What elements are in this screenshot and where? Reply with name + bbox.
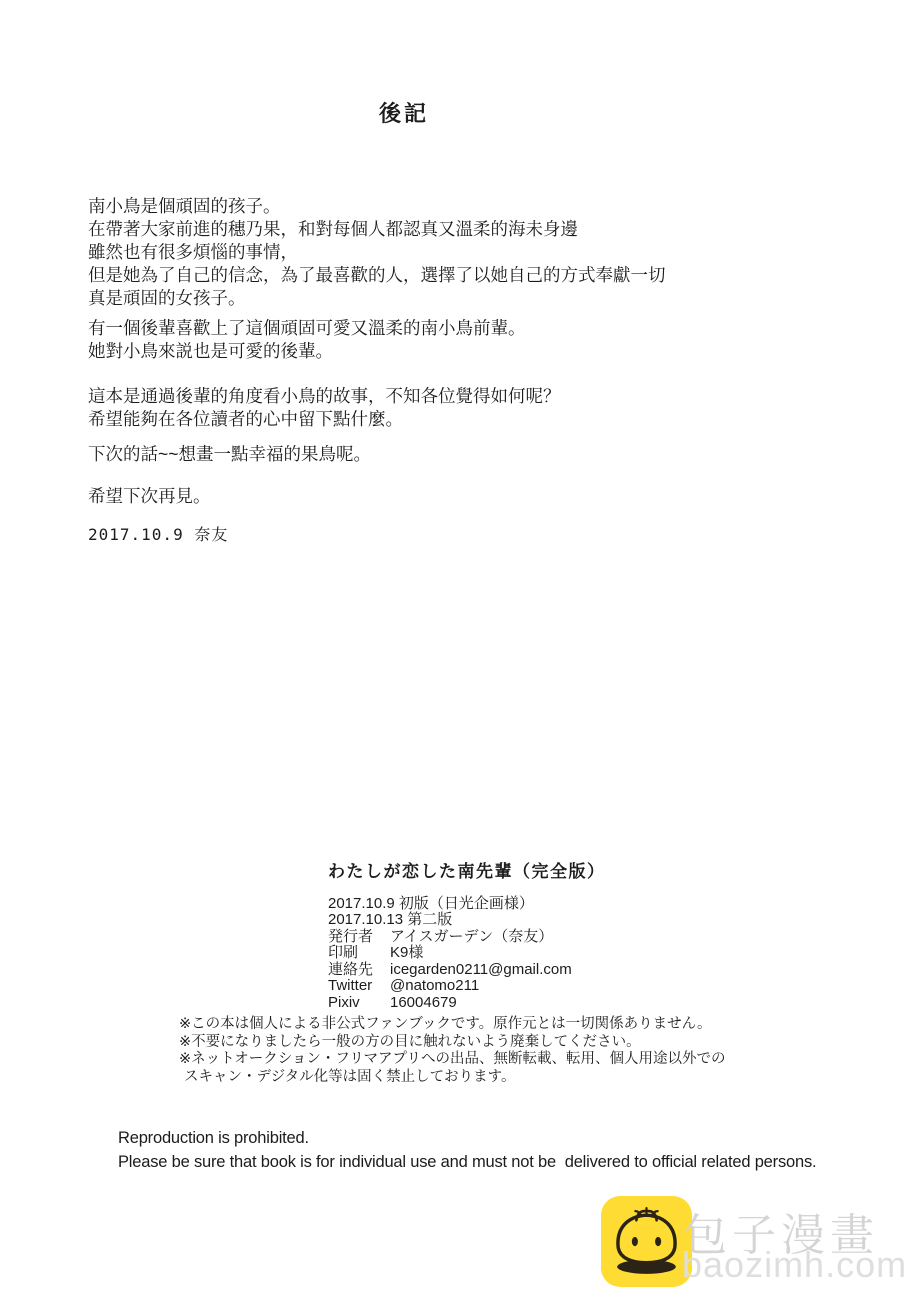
colophon-label: 発行者 [328,929,390,946]
afterword-line: 她對小鳥來説也是可愛的後輩。 [88,341,333,361]
english-notice: Reproduction is prohibited. Please be su… [118,1126,816,1174]
colophon-row-printer: 印刷 K9様 [328,945,606,962]
colophon-label: Twitter [328,978,390,995]
colophon-value: アイスガーデン（奈友） [390,929,553,946]
contact-email: icegarden0211@gmail.com [390,962,572,979]
disclaimer-line: ※ネットオークション・フリマアプリへの出品、無断転載、転用、個人用途以外での [179,1051,725,1069]
colophon-label: Pixiv [328,995,390,1012]
colophon-label: 印刷 [328,945,390,962]
afterword-line: 但是她為了自己的信念，為了最喜歡的人，選擇了以她自己的方式奉獻一切 [88,265,666,285]
afterword-body: 南小鳥是個頑固的孩子。 在帶著大家前進的穗乃果，和對每個人都認真又溫柔的海未身邊… [88,195,748,546]
colophon-row-contact-email: 連絡先 icegarden0211@gmail.com [328,962,606,979]
english-notice-line: Please be sure that book is for individu… [118,1150,816,1174]
afterword-line: 雖然也有很多煩惱的事情， [88,242,298,262]
afterword-line: 希望能夠在各位讀者的心中留下點什麼。 [88,409,403,429]
colophon-row-publisher: 発行者 アイスガーデン（奈友） [328,929,606,946]
disclaimer-line: スキャン・デジタル化等は固く禁止しております。 [179,1069,725,1087]
afterword-line: 南小鳥是個頑固的孩子。 [88,196,281,216]
colophon-value: K9様 [390,945,423,962]
edition-line: 2017.10.9 初版（日光企画様） [328,896,606,913]
english-notice-line: Reproduction is prohibited. [118,1126,816,1150]
colophon: わたしが恋した南先輩（完全版） 2017.10.9 初版（日光企画様） 2017… [328,864,606,1011]
page-title: 後記 [379,97,429,128]
afterword-line: 在帶著大家前進的穗乃果，和對每個人都認真又溫柔的海未身邊 [88,219,578,239]
pixiv-id: 16004679 [390,995,457,1012]
edition-line: 2017.10.13 第二版 [328,912,606,929]
book-title: わたしが恋した南先輩（完全版） [328,864,606,881]
watermark-site-url: baozimh.com [682,1244,907,1286]
afterword-line: 下次的話~~想畫一點幸福的果鳥呢。 [88,444,371,464]
afterword-paragraph: 南小鳥是個頑固的孩子。 在帶著大家前進的穗乃果，和對每個人都認真又溫柔的海未身邊… [88,195,748,310]
disclaimer-notes: ※この本は個人による非公式ファンブックです。原作元とは一切関係ありません。 ※不… [179,1016,725,1086]
colophon-label: 連絡先 [328,962,390,979]
disclaimer-line: ※この本は個人による非公式ファンブックです。原作元とは一切関係ありません。 [179,1016,725,1034]
afterword-paragraph: 下次的話~~想畫一點幸福的果鳥呢。 [88,443,748,466]
afterword-line: 有一個後輩喜歡上了這個頑固可愛又溫柔的南小鳥前輩。 [88,318,526,338]
afterword-paragraph: 這本是通過後輩的角度看小鳥的故事，不知各位覺得如何呢？ 希望能夠在各位讀者的心中… [88,385,748,431]
afterword-line: 這本是通過後輩的角度看小鳥的故事，不知各位覺得如何呢？ [88,386,561,406]
twitter-handle: @natomo211 [390,978,479,995]
afterword-paragraph: 有一個後輩喜歡上了這個頑固可愛又溫柔的南小鳥前輩。 她對小鳥來説也是可愛的後輩。 [88,317,748,363]
edition-first-printing: 2017.10.9 初版（日光企画様） [328,896,534,913]
disclaimer-line: ※不要になりましたら一般の方の目に触れないよう廃棄してください。 [179,1034,725,1052]
edition-second-printing: 2017.10.13 第二版 [328,912,452,929]
baozi-bun-icon [601,1196,692,1287]
afterword-line: 真是頑固的女孩子。 [88,288,246,308]
afterword-paragraph: 希望下次再見。 [88,485,748,508]
manga-afterword-page: 後記 南小鳥是個頑固的孩子。 在帶著大家前進的穗乃果，和對每個人都認真又溫柔的海… [0,0,917,1302]
colophon-row-pixiv: Pixiv 16004679 [328,995,606,1012]
author-date-signature: 2017.10.9 奈友 [88,523,748,546]
afterword-line: 希望下次再見。 [88,486,211,506]
colophon-row-twitter: Twitter @natomo211 [328,978,606,995]
